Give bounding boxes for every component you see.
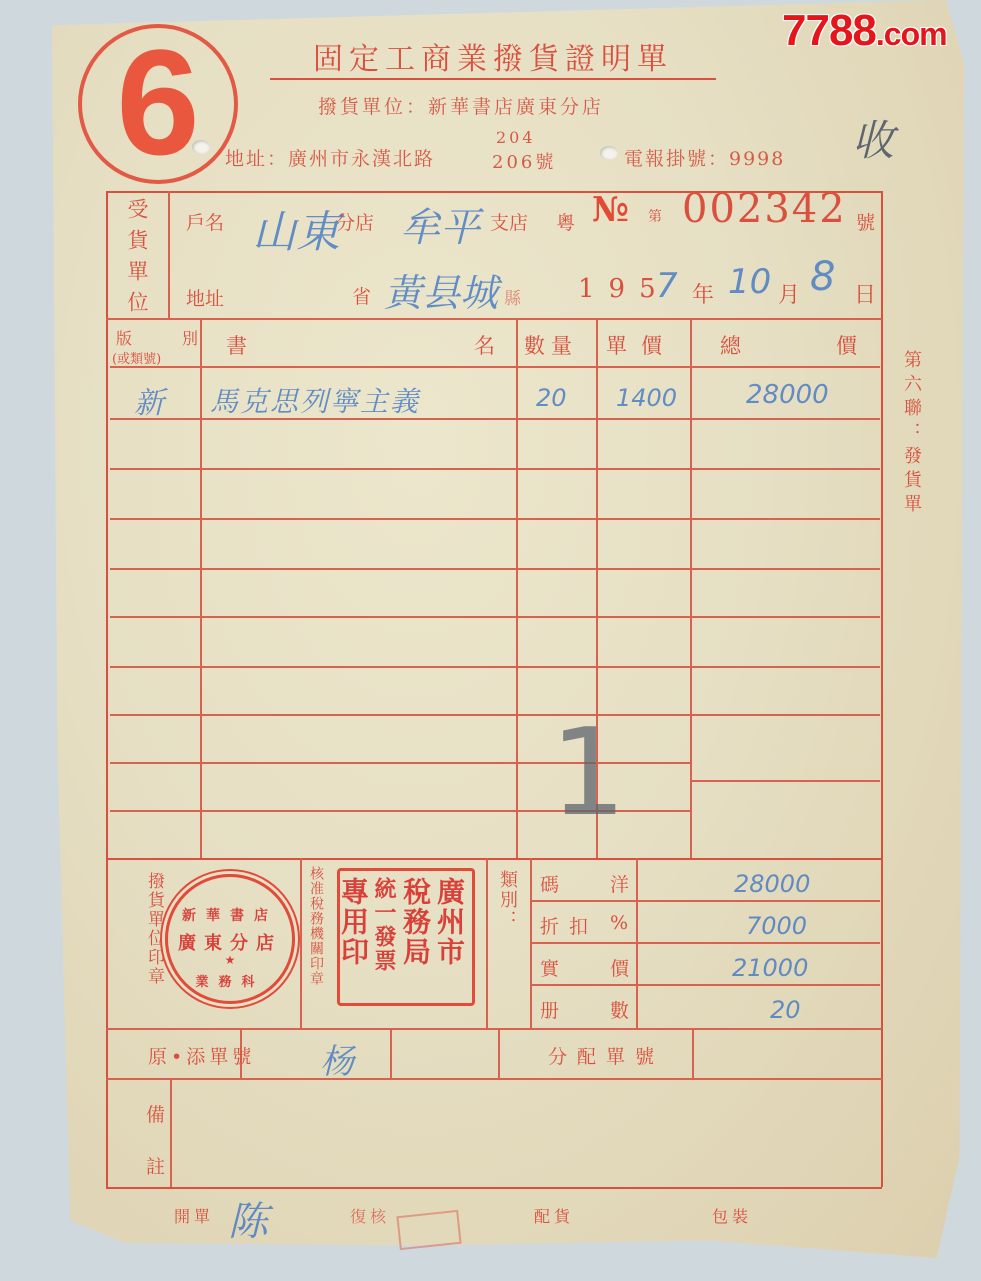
signature-label-review: 復核 [350, 1204, 390, 1227]
copy-side-label: 第六聯：發貨單 [898, 350, 924, 518]
issuer-address: 地址：廣州市永漢北路 [225, 144, 435, 171]
row-line [110, 366, 880, 368]
stamp-divider [300, 858, 302, 1028]
remarks-label-top: 備 [146, 1100, 165, 1127]
address-number-top: 204 [496, 128, 536, 147]
summary-value-copies[interactable]: 20 [770, 996, 801, 1024]
handwritten-name[interactable]: 山東 [252, 196, 340, 260]
number-prefix: 第 [648, 206, 662, 226]
handwritten-branch[interactable]: 牟平 [400, 196, 480, 253]
col-category-divider [200, 318, 202, 858]
summary-label-right: 數 [610, 996, 629, 1023]
date-month-label: 月 [778, 278, 800, 309]
date-year-label: 年 [692, 278, 714, 309]
footer-divider [692, 1028, 694, 1078]
header-quantity: 數量 [524, 330, 578, 360]
summary-row-line [530, 942, 880, 944]
col-title-divider [516, 318, 518, 858]
corner-pencil-note: 收 [852, 108, 894, 168]
address-number-bottom: 206號 [492, 148, 556, 174]
watermark-main: 7788 [782, 6, 876, 55]
item-category[interactable]: 新 [134, 378, 164, 422]
summary-label-left: 折扣 [540, 912, 598, 939]
row-line [110, 666, 880, 668]
summary-row-line [530, 984, 880, 986]
tax-seal-col: 統一發票 [372, 877, 396, 973]
summary-category-label: 類別： [494, 870, 520, 930]
signature-label-issuer: 開單 [174, 1204, 214, 1227]
address-suffix: 號 [535, 152, 556, 173]
date-month[interactable]: 10 [728, 262, 771, 302]
date-year-handwritten[interactable]: 7 [656, 266, 678, 306]
tax-seal-col: 專用印 [338, 877, 368, 973]
summary-label-left: 册 [540, 996, 559, 1023]
row-line [110, 518, 880, 520]
frame-bottom [106, 1187, 882, 1189]
row-line [690, 780, 880, 782]
remarks-field[interactable] [172, 1080, 880, 1186]
issuer-line: 撥貨單位：新華書店廣東分店 [318, 92, 604, 119]
serial-suffix: 號 [856, 208, 875, 235]
county-label: 縣 [504, 284, 521, 309]
original-order-value[interactable]: 杨 [320, 1034, 354, 1083]
tax-seal-label: 核准稅務機關印章 [306, 866, 326, 986]
number-mark: № [592, 190, 629, 230]
header-total-left: 總 [720, 330, 741, 360]
tax-bureau-seal: 廣州市 稅務局 統一發票 專用印 [337, 868, 475, 1006]
header-total-right: 價 [836, 330, 857, 360]
pencil-row-count-mark: 1 [550, 704, 626, 843]
recipient-section-label: 受貨單位 [122, 198, 152, 322]
stamp-divider-right [486, 858, 488, 1028]
header-category: 版 別 [116, 326, 204, 349]
item-total[interactable]: 28000 [746, 380, 829, 410]
summary-row-line [530, 900, 880, 902]
summary-value-net[interactable]: 21000 [732, 954, 808, 982]
header-title-right: 名 [474, 330, 495, 360]
signature-label-picking: 配貨 [534, 1204, 574, 1227]
frame-right [881, 191, 883, 1187]
header-unit-price: 單價 [606, 330, 676, 360]
footer-divider [498, 1028, 500, 1078]
address-number-bottom-value: 206 [492, 152, 535, 173]
remarks-label-bottom: 註 [146, 1152, 165, 1179]
row-line [110, 468, 880, 470]
title-underline [270, 78, 716, 80]
row-line [110, 616, 880, 618]
signature-value-issuer[interactable]: 陈 [228, 1190, 268, 1247]
summary-label-right: 洋 [610, 870, 629, 897]
tax-seal-col: 稅務局 [400, 877, 430, 973]
row-line [110, 568, 880, 570]
signature-label-packing: 包裝 [712, 1204, 752, 1227]
summary-label-left: 碼 [540, 870, 559, 897]
province-prefix: 粵 [556, 208, 575, 235]
telegraph-code: 電報掛號：9998 [624, 144, 785, 171]
items-table-bottom [106, 858, 882, 860]
watermark-suffix: .com [876, 16, 947, 52]
province-label: 省 [352, 282, 371, 309]
original-order-label: 原•添單號 [148, 1042, 255, 1069]
seal-star-icon: ★ [168, 953, 292, 967]
summary-value-gross[interactable]: 28000 [734, 870, 810, 898]
name-label: 戶名 [186, 208, 224, 235]
summary-value-discount[interactable]: 7000 [746, 912, 807, 940]
footer-divider [390, 1028, 392, 1078]
punch-hole [600, 146, 618, 160]
punch-hole [192, 140, 210, 154]
seal-line-1: 新華書店 [168, 905, 292, 925]
summary-label-left: 實 [540, 954, 559, 981]
site-watermark: 7788.com [782, 6, 947, 56]
date-day-label: 日 [854, 278, 876, 309]
seal-line-2: 廣東分店 [168, 929, 292, 955]
address-label: 地址 [186, 284, 224, 311]
recipient-bottom [106, 318, 882, 320]
issuer-seal-label: 撥貨單位印章 [142, 872, 167, 986]
stamp-section-bottom [106, 1028, 882, 1030]
serial-number: 002342 [682, 186, 847, 232]
date-day[interactable]: 8 [810, 254, 835, 300]
item-title[interactable]: 馬克思列寧主義 [210, 380, 420, 420]
allocation-label: 分配單號 [548, 1042, 664, 1069]
handwritten-county[interactable]: 黃县城 [384, 262, 498, 317]
seal-line-3: 業務科 [168, 971, 292, 990]
item-unit-price[interactable]: 1400 [616, 384, 677, 412]
header-title-left: 書 [226, 330, 247, 360]
summary-label-right: % [610, 912, 628, 934]
document-title: 固定工商業撥貨證明單 [270, 34, 716, 78]
tax-seal-col: 廣州市 [434, 877, 464, 973]
row-line [110, 714, 880, 716]
faint-check-stamp [396, 1210, 461, 1250]
copy-number-badge: 6 [78, 22, 238, 182]
summary-label-right: 價 [610, 954, 629, 981]
recipient-divider [168, 191, 170, 318]
item-quantity[interactable]: 20 [536, 384, 567, 412]
sub-branch-label: 支店 [490, 208, 528, 235]
frame-left [106, 191, 108, 1187]
branch-label: 分店 [336, 208, 374, 235]
col-unit-divider [690, 318, 692, 858]
header-category-sub: (或類號) [112, 348, 161, 367]
issuer-round-seal: 新華書店 廣東分店 ★ 業務科 [165, 874, 295, 1004]
